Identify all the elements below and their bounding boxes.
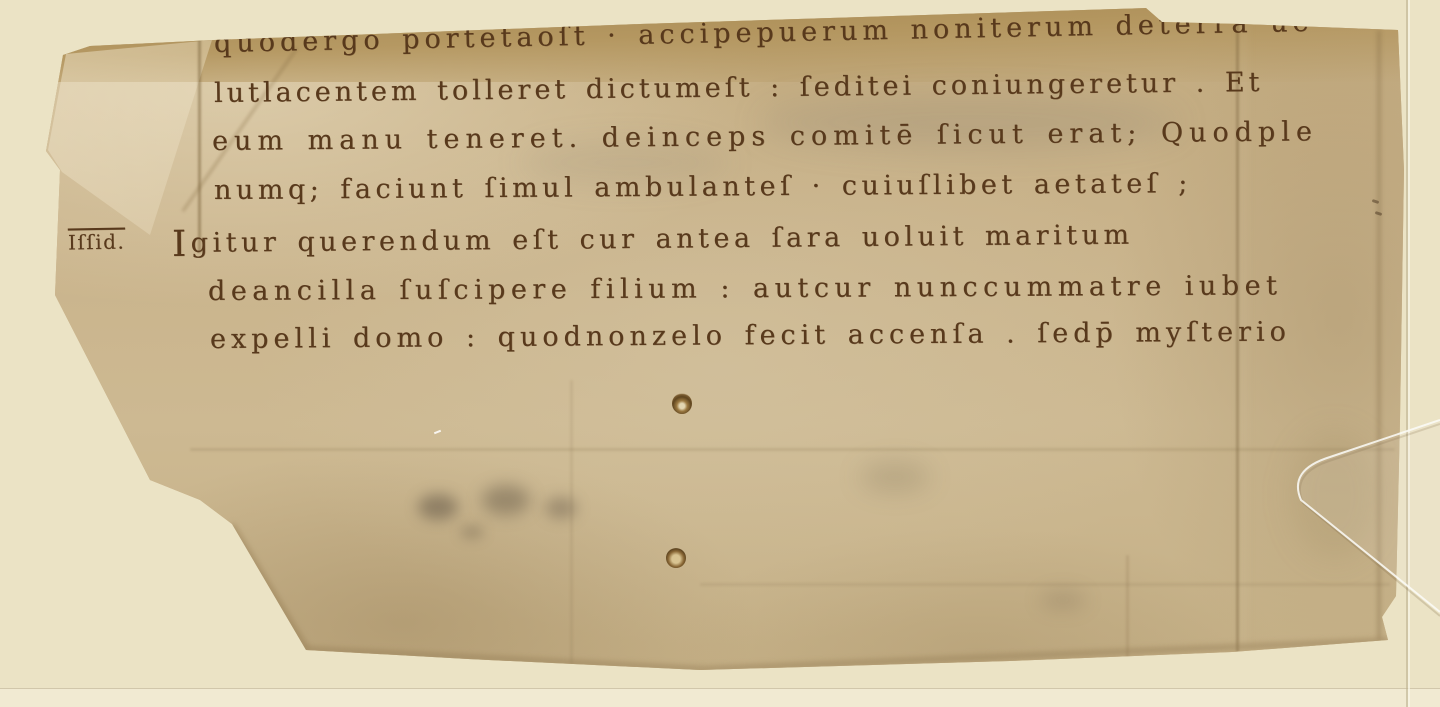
left-vertical-fold [198, 38, 201, 253]
vertical-crease-bottom [1126, 555, 1129, 660]
manuscript-line-3: eum manu teneret. deinceps comitē ſicut … [212, 116, 1318, 157]
white-fiber-speck [434, 430, 441, 434]
bottom-edge-shading-left [305, 646, 701, 672]
enlarged-initial: I [172, 224, 191, 265]
marginal-note: Iſſid. [68, 230, 126, 255]
bottom-left-edge-shading [228, 523, 309, 652]
manuscript-line-4: numq; faciunt ſimul ambulanteſ · cuiuſli… [214, 168, 1192, 206]
stain [418, 494, 458, 520]
mount-board-lower-sheet-edge [0, 688, 1440, 707]
manuscript-line-6: deancilla ſuſcipere filium : autcur nunc… [208, 270, 1283, 307]
stain [545, 497, 577, 519]
mount-board-right-sheet-edge [1406, 0, 1408, 707]
lower-sewing-hole [666, 548, 686, 568]
parchment-fragment: Iſſid. quodergo portetaoſt · accipepueru… [0, 0, 1440, 707]
horizontal-crease-low [700, 583, 1390, 586]
far-right-seam [1377, 30, 1381, 640]
vertical-crease-left [570, 380, 573, 665]
bottom-edge-shading-right [700, 638, 1388, 673]
upper-sewing-hole [672, 393, 692, 414]
manuscript-line-5-text: gitur querendum eſt cur antea ſara uolui… [191, 220, 1134, 259]
manuscript-line-5: Igitur querendum eſt cur antea ſara uolu… [172, 220, 1134, 259]
stain [1040, 590, 1086, 610]
horizontal-crease-mid [190, 448, 1395, 451]
stain [460, 525, 484, 539]
stain [860, 462, 930, 492]
discolouration [1290, 430, 1380, 560]
stitch-mark [1375, 211, 1383, 216]
manuscript-line-7: expelli domo : quodnonzelo fecit accenſa… [210, 316, 1291, 355]
manuscript-photo: Iſſid. quodergo portetaoſt · accipepueru… [0, 0, 1440, 707]
stain [482, 485, 530, 515]
